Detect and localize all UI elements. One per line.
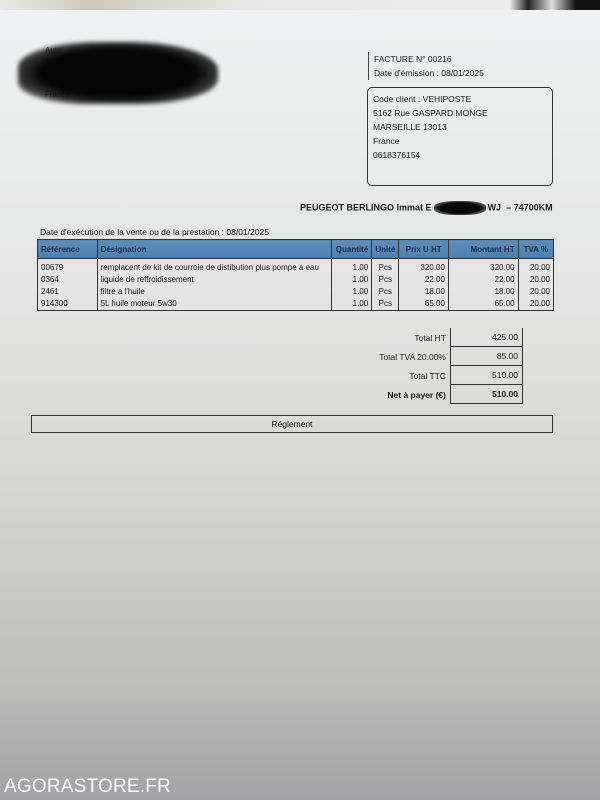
total-ttc-value: 510.00 [450, 366, 523, 385]
cell-amount: 320.00 [448, 259, 518, 275]
client-box: Code client : VEHIPOSTE 5162 Rue GASPARD… [367, 87, 553, 186]
totals-block: Total HT 425.00 Total TVA 20.00% 85.00 T… [330, 328, 523, 404]
cell-vat: 20.00 [518, 274, 553, 286]
execution-date: Date d'exécution de la vente ou de la pr… [40, 227, 269, 237]
redaction-mark [18, 42, 218, 104]
table-row: 0364liquide de reffroidissement1.00Pcs22… [38, 274, 554, 286]
cell-designation: liquide de reffroidissement [97, 274, 331, 286]
col-unit-price: Prix U HT [399, 240, 448, 259]
col-quantity: Quantité [331, 240, 371, 259]
watermark: AGORASTORE.FR [4, 776, 171, 798]
total-ht-value: 425.00 [450, 328, 523, 347]
cell-vat: 20.00 [518, 259, 553, 275]
col-reference: Référence [38, 240, 98, 259]
mileage: – 74700KM [506, 202, 553, 212]
total-ttc-label: Total TTC [330, 371, 450, 381]
cell-unit: Pcs [372, 298, 399, 311]
cell-amount: 65.00 [448, 298, 518, 311]
cell-quantity: 1.00 [331, 286, 371, 298]
net-to-pay-row: Net à payer (€) 510.00 [330, 385, 523, 404]
cell-designation: remplacent de kit de courroie de distibu… [97, 259, 331, 275]
net-to-pay-value: 510.00 [450, 385, 523, 404]
total-ttc-row: Total TTC 510.00 [330, 366, 523, 385]
cell-unit-price: 320.00 [399, 259, 448, 275]
cell-vat: 20.00 [518, 286, 553, 298]
table-row: 9143005L huile moteur 5w301.00Pcs65.0065… [38, 298, 554, 311]
col-vat: TVA % [518, 240, 553, 259]
cell-unit: Pcs [372, 259, 399, 275]
client-country: France [373, 134, 547, 148]
cell-quantity: 1.00 [331, 259, 371, 275]
col-designation: Désignation [97, 240, 331, 259]
cell-reference: 00679 [38, 259, 98, 275]
plate-start: E [426, 202, 432, 212]
cell-reference: 0364 [38, 274, 98, 286]
vehicle-model: PEUGEOT BERLINGO Immat [300, 202, 423, 212]
client-code: Code client : VEHIPOSTE [373, 92, 547, 106]
total-ht-label: Total HT [330, 333, 450, 343]
total-tva-row: Total TVA 20.00% 85.00 [330, 347, 523, 366]
plate-end: WJ [488, 202, 502, 212]
client-phone: 0618376154 [373, 148, 547, 162]
client-city: MARSEILLE 13013 [373, 120, 547, 134]
cell-amount: 22.00 [448, 274, 518, 286]
cell-unit-price: 65.00 [399, 298, 448, 311]
cell-unit: Pcs [372, 274, 399, 286]
invoice-number: FACTURE N° 00216 [374, 52, 484, 66]
cell-designation: filtre a l'huile [97, 286, 331, 298]
table-row: 2461filtre a l'huile1.00Pcs18.0018.0020.… [38, 286, 554, 298]
cell-unit: Pcs [372, 286, 399, 298]
cell-unit-price: 18.00 [399, 286, 448, 298]
total-tva-label: Total TVA 20.00% [330, 352, 450, 362]
table-header-row: Référence Désignation Quantité Unité Pri… [38, 240, 554, 259]
cell-quantity: 1.00 [331, 298, 371, 311]
col-amount: Montant HT [448, 240, 518, 259]
cell-unit-price: 22.00 [399, 274, 448, 286]
cell-reference: 914300 [38, 298, 98, 311]
col-unit: Unité [372, 240, 399, 259]
cell-quantity: 1.00 [331, 274, 371, 286]
plate-redaction [434, 201, 486, 215]
cell-vat: 20.00 [518, 298, 553, 311]
invoice-header: FACTURE N° 00216 Date d'émission : 08/01… [368, 52, 484, 80]
total-tva-value: 85.00 [450, 347, 523, 366]
total-ht-row: Total HT 425.00 [330, 328, 523, 347]
cell-amount: 18.00 [448, 286, 518, 298]
table-row: 00679remplacent de kit de courroie de di… [38, 259, 554, 275]
cell-reference: 2461 [38, 286, 98, 298]
net-to-pay-label: Net à payer (€) [330, 390, 450, 400]
vehicle-line: PEUGEOT BERLINGO Immat EWJ – 74700KM [300, 201, 553, 215]
items-table: Référence Désignation Quantité Unité Pri… [37, 239, 554, 311]
issue-date: Date d'émission : 08/01/2025 [374, 66, 484, 80]
client-address: 5162 Rue GASPARD MONGE [373, 106, 547, 120]
cell-designation: 5L huile moteur 5w30 [97, 298, 331, 311]
payment-section: Réglement [31, 415, 553, 433]
